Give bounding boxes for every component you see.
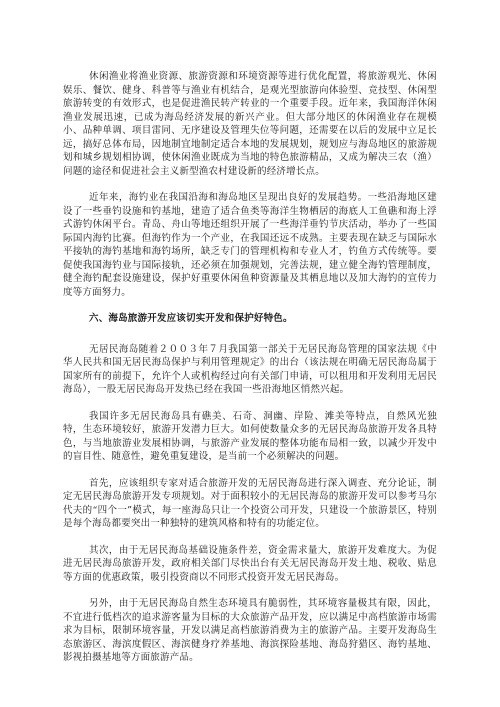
document-page: 休闲渔业将渔业资源、旅游资源和环境资源等进行优化配置，将旅游观光、休闲娱乐、餐饮… [0,0,500,707]
paragraph-uninhabited-islands-law: 无居民海岛随着２００３年７月我国第一部关于无居民海岛管理的国家法规《中华人民共和… [63,343,437,397]
paragraph-third-point: 另外，由于无居民海岛自然生态环境具有脆弱性，其环境容量极其有限，因此，不宜进行低… [63,597,437,665]
paragraph-sea-fishing: 近年来，海钓业在我国沿海和海岛地区呈现出良好的发展趋势。一些沿海地区建设了一些垂… [63,191,437,299]
paragraph-second-point: 其次，由于无居民海岛基础设施条件差，资金需求量大，旅游开发难度大。为促进无居民海… [63,544,437,585]
section-heading-island-tourism: 六、海岛旅游开发应该切实开发和保护好特色。 [63,312,437,326]
paragraph-island-features: 我国许多无居民海岛具有礁美、石奇、洞幽、岸险、滩美等特点，自然风光独特，生态环境… [63,410,437,464]
paragraph-leisure-fishery: 休闲渔业将渔业资源、旅游资源和环境资源等进行优化配置，将旅游观光、休闲娱乐、餐饮… [63,70,437,178]
paragraph-first-point: 首先，应该组织专家对适合旅游开发的无居民海岛进行深入调查、充分论证，制定无居民海… [63,477,437,531]
